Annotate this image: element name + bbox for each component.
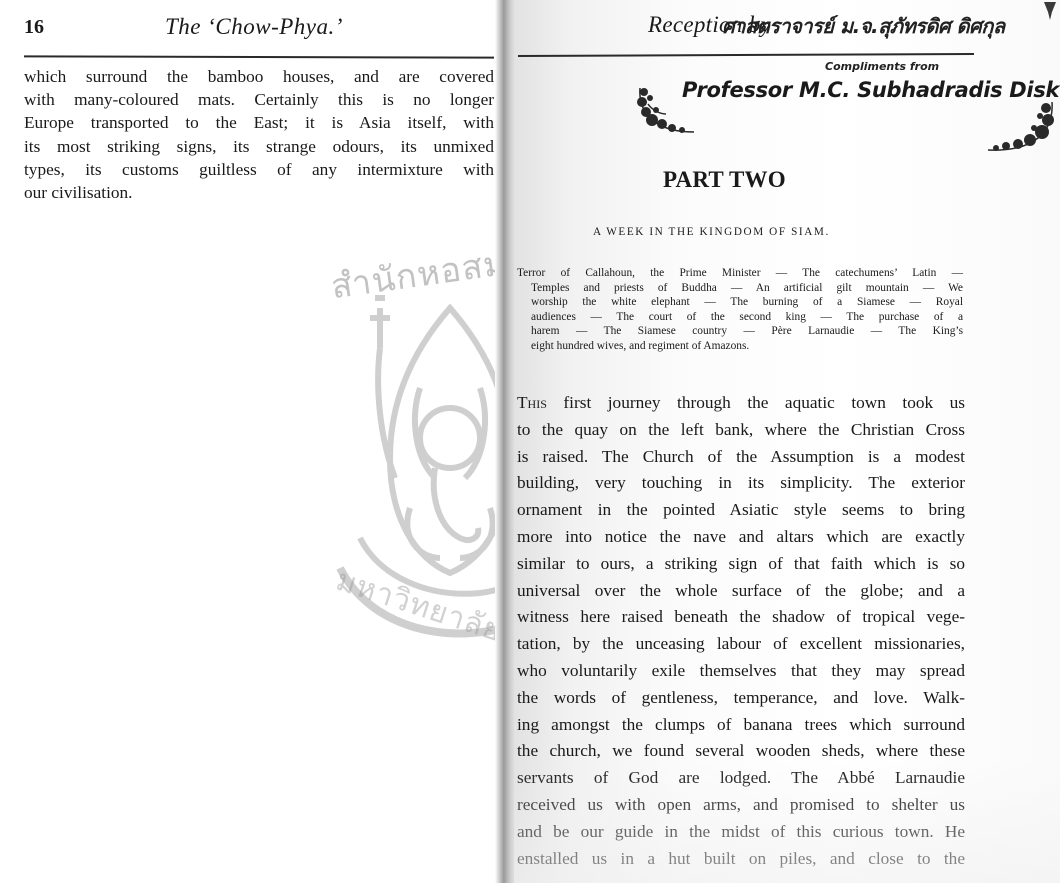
text-line: more into notice the nave and altars whi…	[517, 524, 965, 551]
text-line: is raised. The Church of the Assumption …	[517, 444, 965, 471]
text-line: the church, we found several wooden shed…	[517, 738, 965, 765]
text-line: ornament in the pointed Asiatic style se…	[517, 497, 965, 524]
synopsis-line: worship the white elephant — The burning…	[517, 295, 963, 310]
text-line: to the quay on the left bank, where the …	[517, 417, 965, 444]
left-body-text: which surround the bamboo houses, and ar…	[24, 65, 494, 204]
text-line: building, very touching in its simplicit…	[517, 470, 965, 497]
synopsis-line: eight hundred wives, and regiment of Ama…	[517, 339, 963, 354]
synopsis-line: Temples and priests of Buddha — An artif…	[517, 281, 963, 296]
floral-ornament-icon	[1040, 0, 1060, 22]
right-body-text: This first journey through the aquatic t…	[517, 390, 965, 872]
floral-ornament-icon	[636, 84, 696, 136]
text-line: ing amongst the clumps of banana trees w…	[517, 712, 965, 739]
text-line: and be our guide in the midst of this cu…	[517, 819, 965, 846]
text-line: types, its customs guiltless of any inte…	[24, 158, 494, 181]
text-line: the words of gentleness, temperance, and…	[517, 685, 965, 712]
text-line: its most striking signs, its strange odo…	[24, 135, 494, 158]
thai-name-stamp: ศาสตราจารย์ ม.จ.สุภัทรดิศ ดิศกุล	[722, 10, 1005, 42]
floral-ornament-icon	[984, 98, 1056, 154]
chapter-synopsis: Terror of Callahoun, the Prime Minister …	[517, 266, 963, 353]
text-line: similar to ours, a striking sign of that…	[517, 551, 965, 578]
synopsis-line: harem — The Siamese country — Père Larna…	[517, 324, 963, 339]
book-spread: 16 The ‘Chow-Phya.’ which surround the b…	[0, 0, 1060, 883]
drop-word: This	[517, 393, 547, 412]
text-line: our civilisation.	[24, 181, 494, 204]
header-rule-left	[24, 55, 494, 58]
text-line: tation, by the unceasing labour of excel…	[517, 631, 965, 658]
text-line: received us with open arms, and promised…	[517, 792, 965, 819]
page-number: 16	[24, 16, 44, 39]
part-title: PART TWO	[663, 167, 786, 193]
text-line: servants of God are lodged. The Abbé Lar…	[517, 765, 965, 792]
text-line: Europe transported to the East; it is As…	[24, 111, 494, 134]
running-title-left: The ‘Chow-Phya.’	[165, 14, 343, 40]
synopsis-line: Terror of Callahoun, the Prime Minister …	[517, 266, 963, 281]
text-line: with many-coloured mats. Certainly this …	[24, 88, 494, 111]
text-line: universal over the whole surface of the …	[517, 578, 965, 605]
text-line: which surround the bamboo houses, and ar…	[24, 65, 494, 88]
chapter-title: A WEEK IN THE KINGDOM OF SIAM.	[593, 226, 830, 238]
left-page: 16 The ‘Chow-Phya.’ which surround the b…	[0, 0, 500, 883]
synopsis-line: audiences — The court of the second king…	[517, 310, 963, 325]
text-line: This first journey through the aquatic t…	[517, 390, 965, 417]
text-line: enstalled us in a hut built on piles, an…	[517, 846, 965, 873]
text-line: witness here raised beneath the shadow o…	[517, 604, 965, 631]
text-line: who voluntarily exile themselves that th…	[517, 658, 965, 685]
compliments-label: Compliments from	[825, 60, 939, 73]
